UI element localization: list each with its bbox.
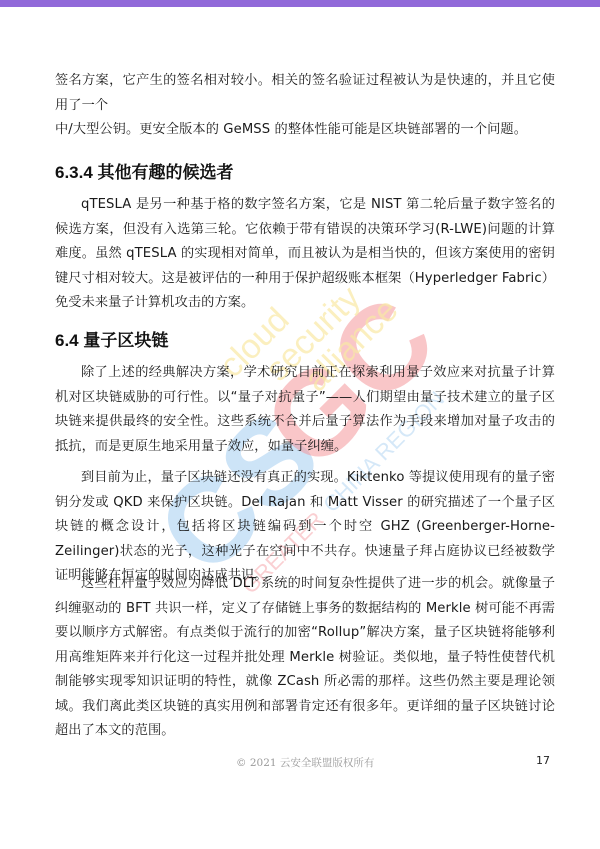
section-6-4-paragraph-1: 除了上述的经典解决方案，学术研究目前正在探索利用量子效应来对抗量子计算机对区块链… — [55, 361, 555, 459]
section-6-4-paragraph-3: 这些杠杆量子效应为降低 DLT 系统的时间复杂性提供了进一步的机会。就像量子纠缠… — [55, 572, 555, 744]
section-heading-6-4: 6.4 量子区块链 — [55, 326, 168, 351]
intro-line-2: 中/大型公钥。更安全版本的 GeMSS 的整体性能可能是区块链部署的一个问题。 — [55, 122, 527, 137]
intro-paragraph: 签名方案，它产生的签名相对较小。相关的签名验证过程被认为是快速的，并且它使用了一… — [55, 69, 555, 143]
intro-line-1: 签名方案，它产生的签名相对较小。相关的签名验证过程被认为是快速的，并且它使用了一… — [55, 73, 555, 113]
footer-copyright: © 2021 云安全联盟版权所有 — [236, 755, 374, 770]
page-number: 17 — [536, 754, 550, 767]
header-bar — [0, 0, 600, 7]
section-6-3-4-paragraph: qTESLA 是另一种基于格的数字签名方案，它是 NIST 第二轮后量子数字签名… — [55, 193, 555, 316]
section-heading-6-3-4: 6.3.4 其他有趣的候选者 — [55, 158, 234, 183]
section-6-4-paragraph-2: 到目前为止，量子区块链还没有真正的实现。Kiktenko 等提议使用现有的量子密… — [55, 466, 555, 589]
